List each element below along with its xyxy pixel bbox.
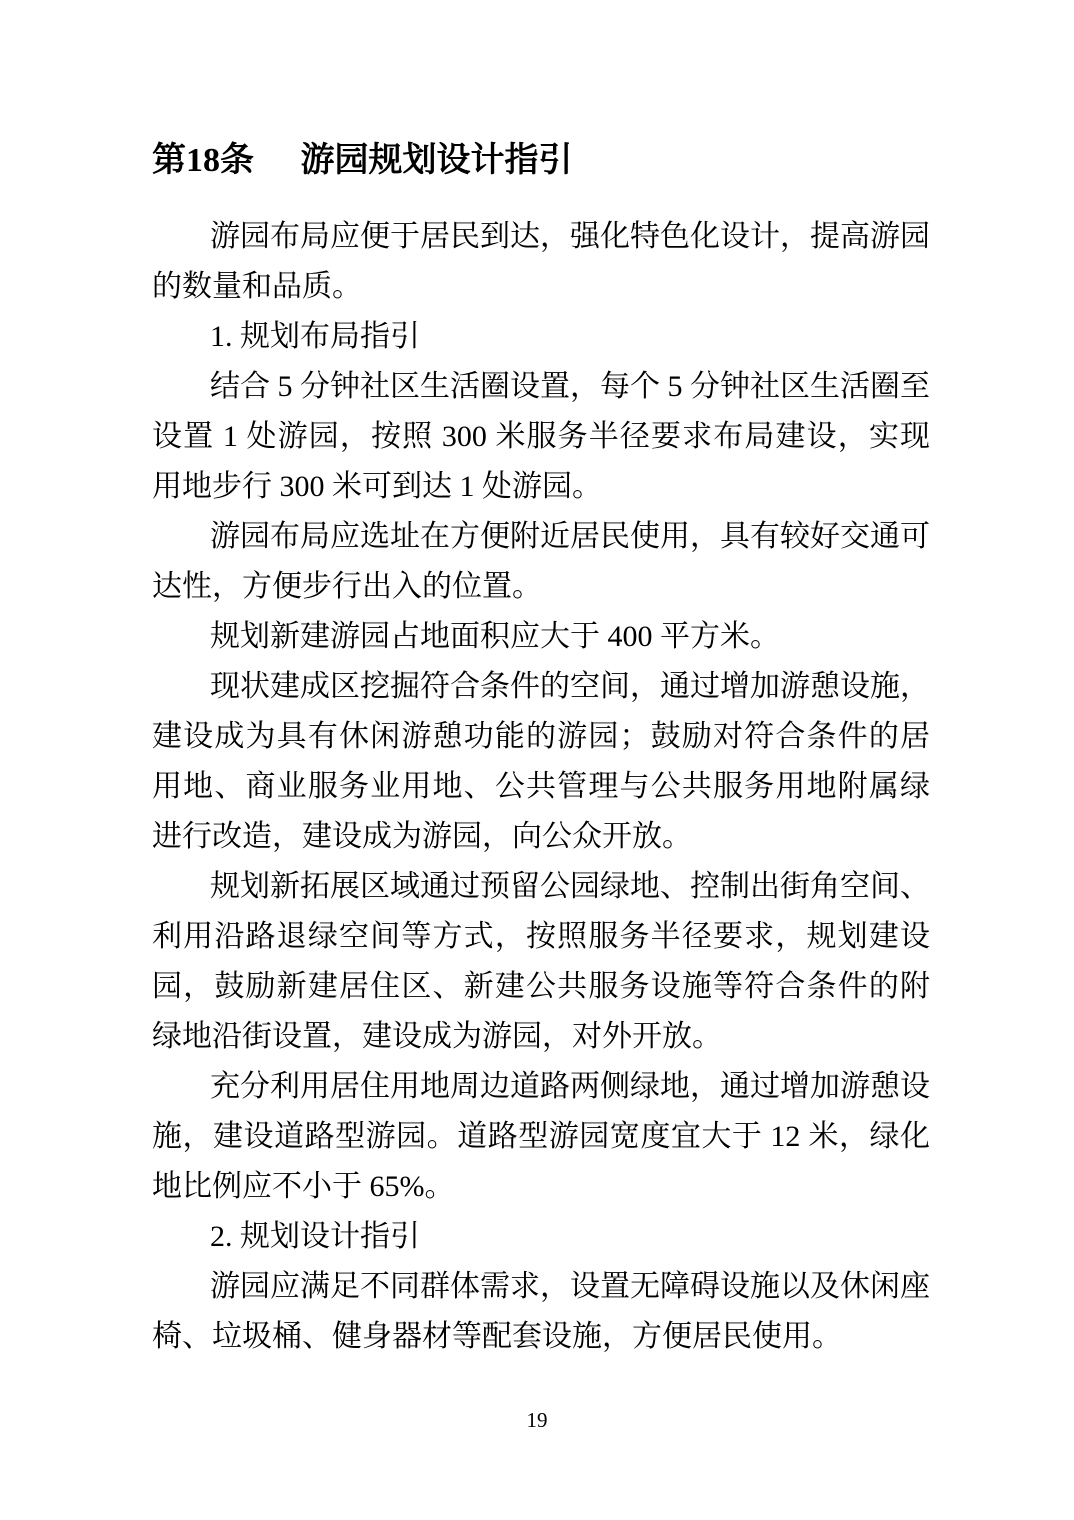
text-line: 游园布局应选址在方便附近居民使用，具有较好交通可 — [152, 512, 930, 562]
text-line: 用地步行 300 米可到达 1 处游园。 — [152, 462, 930, 512]
text-line: 施，建设道路型游园。道路型游园宽度宜大于 12 米，绿化占 — [152, 1112, 930, 1162]
paragraph: 现状建成区挖掘符合条件的空间，通过增加游憩设施，建设成为具有休闲游憩功能的游园；… — [152, 662, 930, 862]
text-line: 绿地沿街设置，建设成为游园，对外开放。 — [152, 1012, 930, 1062]
document-page: 第18条 游园规划设计指引 游园布局应便于居民到达，强化特色化设计，提高游园的数… — [0, 0, 1074, 1520]
text-line: 的数量和品质。 — [152, 262, 930, 312]
text-line: 进行改造，建设成为游园，向公众开放。 — [152, 812, 930, 862]
paragraph: 规划新建游园占地面积应大于 400 平方米。 — [152, 612, 930, 662]
paragraph: 充分利用居住用地周边道路两侧绿地，通过增加游憩设施，建设道路型游园。道路型游园宽… — [152, 1062, 930, 1212]
paragraph: 1. 规划布局指引 — [152, 312, 930, 362]
text-line: 园，鼓励新建居住区、新建公共服务设施等符合条件的附属 — [152, 962, 930, 1012]
text-line: 利用沿路退绿空间等方式，按照服务半径要求，规划建设游 — [152, 912, 930, 962]
paragraphs-container: 游园布局应便于居民到达，强化特色化设计，提高游园的数量和品质。1. 规划布局指引… — [152, 212, 930, 1362]
text-line: 结合 5 分钟社区生活圈设置，每个 5 分钟社区生活圈至少 — [152, 362, 930, 412]
text-line: 设置 1 处游园，按照 300 米服务半径要求布局建设，实现居住 — [152, 412, 930, 462]
paragraph: 游园布局应选址在方便附近居民使用，具有较好交通可达性，方便步行出入的位置。 — [152, 512, 930, 612]
paragraph: 2. 规划设计指引 — [152, 1212, 930, 1262]
text-line: 达性，方便步行出入的位置。 — [152, 562, 930, 612]
article-number: 第18条 — [152, 142, 254, 179]
text-line: 椅、垃圾桶、健身器材等配套设施，方便居民使用。 — [152, 1312, 930, 1362]
text-line: 规划新拓展区域通过预留公园绿地、控制出街角空间、 — [152, 862, 930, 912]
paragraph: 结合 5 分钟社区生活圈设置，每个 5 分钟社区生活圈至少设置 1 处游园，按照… — [152, 362, 930, 512]
text-line: 充分利用居住用地周边道路两侧绿地，通过增加游憩设 — [152, 1062, 930, 1112]
text-line: 现状建成区挖掘符合条件的空间，通过增加游憩设施， — [152, 662, 930, 712]
text-line: 规划新建游园占地面积应大于 400 平方米。 — [152, 612, 930, 662]
paragraph: 游园布局应便于居民到达，强化特色化设计，提高游园的数量和品质。 — [152, 212, 930, 312]
text-line: 用地、商业服务业用地、公共管理与公共服务用地附属绿地 — [152, 762, 930, 812]
paragraph: 规划新拓展区域通过预留公园绿地、控制出街角空间、利用沿路退绿空间等方式，按照服务… — [152, 862, 930, 1062]
text-line: 2. 规划设计指引 — [152, 1212, 930, 1262]
article-heading: 第18条 游园规划设计指引 — [152, 134, 930, 188]
page-number: 19 — [0, 1405, 1074, 1435]
text-line: 1. 规划布局指引 — [152, 312, 930, 362]
document-body: 第18条 游园规划设计指引 游园布局应便于居民到达，强化特色化设计，提高游园的数… — [152, 134, 930, 1362]
text-line: 游园布局应便于居民到达，强化特色化设计，提高游园 — [152, 212, 930, 262]
text-line: 游园应满足不同群体需求，设置无障碍设施以及休闲座 — [152, 1262, 930, 1312]
text-line: 建设成为具有休闲游憩功能的游园；鼓励对符合条件的居住 — [152, 712, 930, 762]
paragraph: 游园应满足不同群体需求，设置无障碍设施以及休闲座椅、垃圾桶、健身器材等配套设施，… — [152, 1262, 930, 1362]
article-title: 游园规划设计指引 — [301, 142, 573, 179]
text-line: 地比例应不小于 65%。 — [152, 1162, 930, 1212]
